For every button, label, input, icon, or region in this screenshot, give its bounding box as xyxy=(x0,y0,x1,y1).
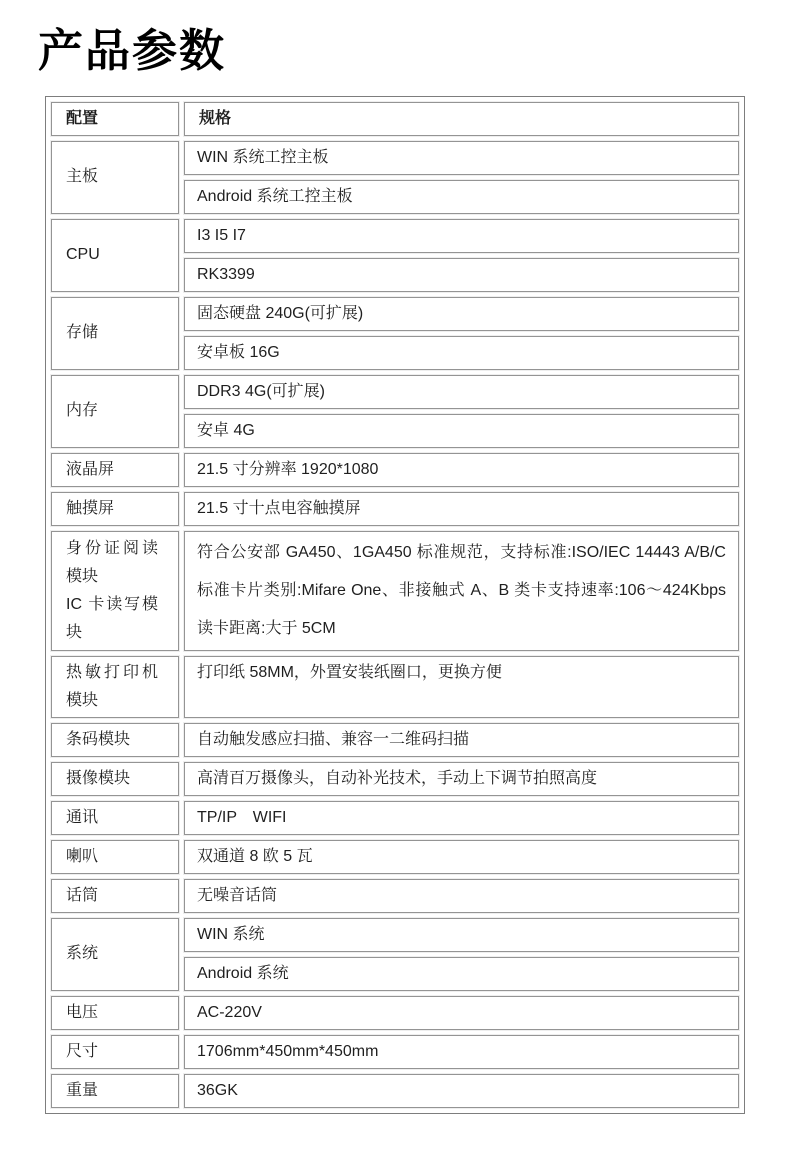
spec-row: 液晶屏21.5 寸分辨率 1920*1080 xyxy=(51,453,739,487)
spec-row: 热敏打印机模块打印纸 58MM，外置安装纸圈口，更换方便 xyxy=(51,656,739,718)
spec-label-cell: 主板 xyxy=(51,141,179,214)
product-spec-table: 配置 规格 主板WIN 系统工控主板Android 系统工控主板CPUI3 I5… xyxy=(45,96,745,1114)
spec-value-cell: 高清百万摄像头，自动补光技术，手动上下调节拍照高度 xyxy=(184,762,739,796)
spec-label-text: IC 卡读写模块 xyxy=(66,591,158,647)
spec-label-text: 通讯 xyxy=(66,804,158,832)
col-header-spec: 规格 xyxy=(184,102,739,136)
spec-label-cell: 内存 xyxy=(51,375,179,448)
spec-value-cell: 1706mm*450mm*450mm xyxy=(184,1035,739,1069)
spec-value-cell: 36GK xyxy=(184,1074,739,1108)
spec-row: 通讯TP/IP WIFI xyxy=(51,801,739,835)
spec-label-text: 存储 xyxy=(66,319,158,347)
spec-label-cell: 存储 xyxy=(51,297,179,370)
spec-label-cell: 热敏打印机模块 xyxy=(51,656,179,718)
spec-value-cell: TP/IP WIFI xyxy=(184,801,739,835)
spec-label-text: 尺寸 xyxy=(66,1038,158,1066)
spec-value-cell: WIN 系统工控主板 xyxy=(184,141,739,175)
spec-row: 重量36GK xyxy=(51,1074,739,1108)
spec-row: 话筒无噪音话筒 xyxy=(51,879,739,913)
spec-label-text: 摄像模块 xyxy=(66,765,158,793)
product-parameters-page: 产品参数 配置 规格 主板WIN 系统工控主板Android 系统工控主板CPU… xyxy=(0,0,790,1155)
spec-value-cell: DDR3 4G(可扩展) xyxy=(184,375,739,409)
page-title: 产品参数 xyxy=(0,0,790,96)
spec-label-cell: CPU xyxy=(51,219,179,292)
spec-row: 存储固态硬盘 240G(可扩展) xyxy=(51,297,739,331)
col-header-config: 配置 xyxy=(51,102,179,136)
spec-value-cell: 双通道 8 欧 5 瓦 xyxy=(184,840,739,874)
spec-row: 摄像模块高清百万摄像头，自动补光技术，手动上下调节拍照高度 xyxy=(51,762,739,796)
spec-label-text: 系统 xyxy=(66,940,158,968)
spec-row: 系统WIN 系统 xyxy=(51,918,739,952)
spec-value-cell: Android 系统工控主板 xyxy=(184,180,739,214)
spec-value-cell: 固态硬盘 240G(可扩展) xyxy=(184,297,739,331)
spec-row: 尺寸1706mm*450mm*450mm xyxy=(51,1035,739,1069)
spec-value-cell: 自动触发感应扫描、兼容一二维码扫描 xyxy=(184,723,739,757)
spec-label-cell: 电压 xyxy=(51,996,179,1030)
spec-table-header: 配置 规格 xyxy=(51,102,739,136)
spec-label-text: CPU xyxy=(66,241,158,269)
spec-row: 电压AC-220V xyxy=(51,996,739,1030)
spec-value-cell: WIN 系统 xyxy=(184,918,739,952)
spec-row: 条码模块自动触发感应扫描、兼容一二维码扫描 xyxy=(51,723,739,757)
spec-label-text: 热敏打印机模块 xyxy=(66,659,158,715)
spec-label-cell: 通讯 xyxy=(51,801,179,835)
spec-label-text: 喇叭 xyxy=(66,843,158,871)
spec-value-cell: 安卓 4G xyxy=(184,414,739,448)
spec-label-text: 重量 xyxy=(66,1077,158,1105)
spec-label-text: 身份证阅读模块 xyxy=(66,535,158,591)
header-row: 配置 规格 xyxy=(51,102,739,136)
spec-label-text: 话筒 xyxy=(66,882,158,910)
spec-row: 触摸屏21.5 寸十点电容触摸屏 xyxy=(51,492,739,526)
spec-row: 身份证阅读模块IC 卡读写模块符合公安部 GA450、1GA450 标准规范，支… xyxy=(51,531,739,651)
spec-row: 内存DDR3 4G(可扩展) xyxy=(51,375,739,409)
spec-label-cell: 尺寸 xyxy=(51,1035,179,1069)
spec-value-cell: 符合公安部 GA450、1GA450 标准规范，支持标准:ISO/IEC 144… xyxy=(184,531,739,651)
spec-value-cell: 无噪音话筒 xyxy=(184,879,739,913)
spec-label-cell: 身份证阅读模块IC 卡读写模块 xyxy=(51,531,179,651)
spec-value-cell: I3 I5 I7 xyxy=(184,219,739,253)
spec-label-cell: 话筒 xyxy=(51,879,179,913)
spec-label-cell: 重量 xyxy=(51,1074,179,1108)
spec-label-cell: 摄像模块 xyxy=(51,762,179,796)
spec-value-cell: 21.5 寸十点电容触摸屏 xyxy=(184,492,739,526)
spec-label-text: 液晶屏 xyxy=(66,456,158,484)
spec-label-cell: 条码模块 xyxy=(51,723,179,757)
spec-row: 主板WIN 系统工控主板 xyxy=(51,141,739,175)
spec-label-text: 条码模块 xyxy=(66,726,158,754)
spec-label-cell: 系统 xyxy=(51,918,179,991)
spec-label-text: 触摸屏 xyxy=(66,495,158,523)
spec-label-cell: 触摸屏 xyxy=(51,492,179,526)
spec-label-cell: 液晶屏 xyxy=(51,453,179,487)
spec-row: CPUI3 I5 I7 xyxy=(51,219,739,253)
spec-row: 喇叭双通道 8 欧 5 瓦 xyxy=(51,840,739,874)
spec-table-body: 主板WIN 系统工控主板Android 系统工控主板CPUI3 I5 I7RK3… xyxy=(51,141,739,1108)
spec-label-text: 内存 xyxy=(66,397,158,425)
spec-label-text: 电压 xyxy=(66,999,158,1027)
spec-value-cell: Android 系统 xyxy=(184,957,739,991)
spec-value-cell: 安卓板 16G xyxy=(184,336,739,370)
spec-value-cell: 打印纸 58MM，外置安装纸圈口，更换方便 xyxy=(184,656,739,718)
spec-label-text: 主板 xyxy=(66,163,158,191)
spec-label-cell: 喇叭 xyxy=(51,840,179,874)
spec-value-cell: RK3399 xyxy=(184,258,739,292)
spec-value-cell: AC-220V xyxy=(184,996,739,1030)
spec-value-cell: 21.5 寸分辨率 1920*1080 xyxy=(184,453,739,487)
